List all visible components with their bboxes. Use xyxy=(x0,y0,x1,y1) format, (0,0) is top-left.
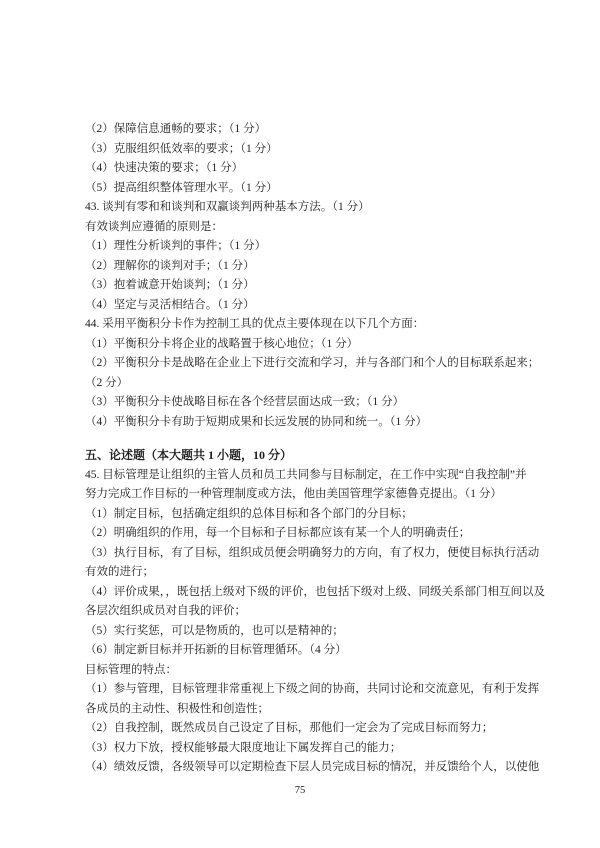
text-line: （3）抱着诚意开始谈判；（1 分） xyxy=(85,276,524,296)
text-line: 有效谈判应遵循的原则是： xyxy=(85,218,524,238)
text-line: 各层次组织成员对自我的评价； xyxy=(85,602,524,622)
text-line: （2 分） xyxy=(85,374,524,394)
text-line: （3）平衡积分卡使战略目标在各个经营层面达成一致；（1 分） xyxy=(85,393,524,413)
text-line: （5）提高组织整体管理水平。（1 分） xyxy=(85,179,524,199)
text-line: 43. 谈判有零和和谈判和双赢谈判两种基本方法。（1 分） xyxy=(85,198,524,218)
text-line: 五、论述题（本大题共 1 小题，10 分） xyxy=(85,446,524,466)
document-page: （2）保障信息通畅的要求；（1 分）（3）克服组织低效率的要求；（1 分）（4）… xyxy=(0,0,600,848)
text-line: （3）执行目标，有了目标，组织成员便会明确努力的方向，有了权力，便使目标执行活动 xyxy=(85,544,524,564)
text-line: （6）制定新目标并开拓新的目标管理循环。（4 分） xyxy=(85,641,524,661)
text-line: 努力完成工作目标的一种管理制度或方法，他由美国管理学家德鲁克提出。（1 分） xyxy=(85,485,524,505)
text-line: （4）平衡积分卡有助于短期成果和长远发展的协同和统一。（1 分） xyxy=(85,413,524,433)
text-line: （2）保障信息通畅的要求；（1 分） xyxy=(85,120,524,140)
answer-text-block: （2）保障信息通畅的要求；（1 分）（3）克服组织低效率的要求；（1 分）（4）… xyxy=(85,120,524,778)
text-line: （4）快速决策的要求；（1 分） xyxy=(85,159,524,179)
text-line: 45. 目标管理是让组织的主管人员和员工共同参与目标制定，在工作中实现“自我控制… xyxy=(85,466,524,486)
text-line: （5）实行奖惩，可以是物质的，也可以是精神的； xyxy=(85,622,524,642)
text-line: （4）绩效反馈，各级领导可以定期检查下层人员完成目标的情况，并反馈给个人，以使他 xyxy=(85,758,524,778)
text-line: （1）参与管理，目标管理非常重视上下级之间的协商，共同讨论和交流意见，有利于发挥 xyxy=(85,680,524,700)
text-line: （2）理解你的谈判对手；（1 分） xyxy=(85,257,524,277)
text-line: （1）制定目标，包括确定组织的总体目标和各个部门的分目标； xyxy=(85,505,524,525)
text-line: 目标管理的特点： xyxy=(85,661,524,681)
text-line: 各成员的主动性、积极性和创造性； xyxy=(85,700,524,720)
page-number: 75 xyxy=(0,785,600,796)
text-line: （2）自我控制，既然成员自己设定了目标，那他们一定会为了完成目标而努力； xyxy=(85,719,524,739)
text-line: 有效的进行； xyxy=(85,563,524,583)
text-line: 44. 采用平衡积分卡作为控制工具的优点主要体现在以下几个方面： xyxy=(85,315,524,335)
text-line: （2）平衡积分卡是战略在企业上下进行交流和学习，并与各部门和个人的目标联系起来； xyxy=(85,354,524,374)
text-line: （2）明确组织的作用，每一个目标和子目标都应该有某一个人的明确责任； xyxy=(85,524,524,544)
text-line: （3）权力下放，授权能够最大限度地让下属发挥自己的能力； xyxy=(85,739,524,759)
text-line: （4）坚定与灵活相结合。（1 分） xyxy=(85,296,524,316)
text-line: （1）平衡积分卡将企业的战略置于核心地位；（1 分） xyxy=(85,335,524,355)
text-line: （1）理性分析谈判的事件；（1 分） xyxy=(85,237,524,257)
text-line: （4）评价成果，，既包括上级对下级的评价，也包括下级对上级、同级关系部门相互间以… xyxy=(85,583,524,603)
text-line: （3）克服组织低效率的要求；（1 分） xyxy=(85,140,524,160)
